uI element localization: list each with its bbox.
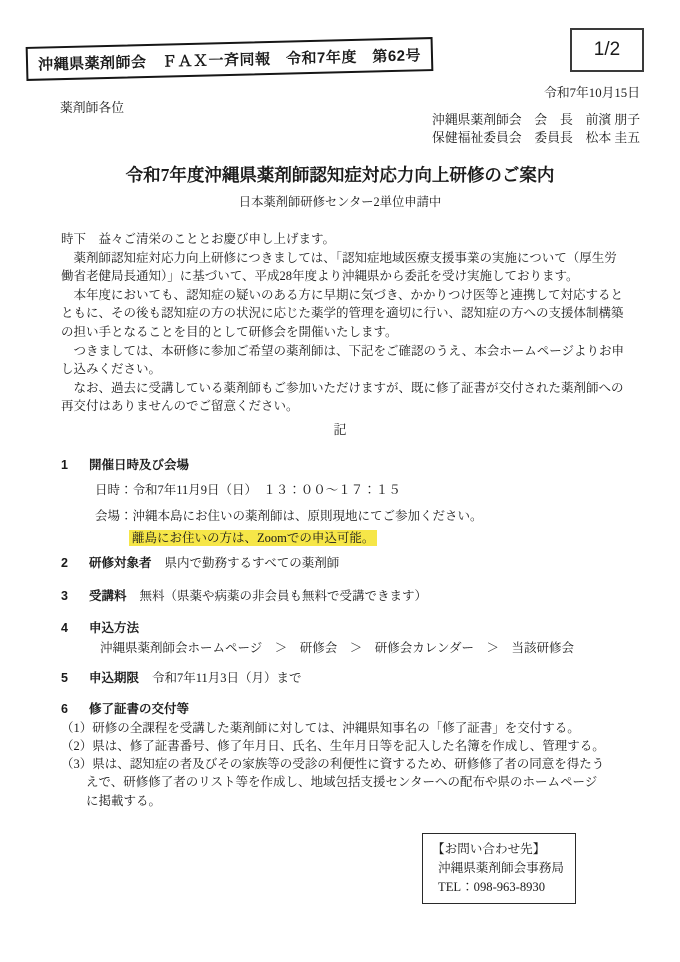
remote-option-highlight: 離島にお住いの方は、Zoomでの申込可能。 [129,530,377,546]
contact-box: 【お問い合わせ先】 沖縄県薬剤師会事務局 TEL：098-963-8930 [422,833,576,904]
body-paragraphs: 時下 益々ご清栄のこととお慶び申し上げます。 薬剤師認知症対応力向上研修につきま… [61,230,638,416]
item-5-number: 5 [61,669,89,688]
numbered-items: 1開催日時及び会場 日時：令和7年11月9日（日） １３：００～１７：１５ 会場… [61,456,640,810]
item-2-heading-label: 研修対象者 [89,556,152,570]
document-header: 沖縄県薬剤師会 ＦＡＸ一斉同報 令和7年度 第62号 1/2 令和7年10月15… [0,0,680,150]
page-number-box: 1/2 [570,28,644,72]
document-title: 令和7年度沖縄県薬剤師認知症対応力向上研修のご案内 [0,163,680,187]
certificate-clauses: （1）研修の全課程を受講した薬剤師に対しては、沖縄県知事名の「修了証書」を交付す… [61,719,640,810]
item-4-heading: 4申込方法 [61,619,640,638]
document-subtitle: 日本薬剤師研修センター2単位申請中 [0,194,680,211]
item-2-text: 県内で勤務するすべての薬剤師 [165,556,340,570]
item-2-number: 2 [61,554,89,573]
item-5: 5申込期限令和7年11月3日（月）まで [61,669,640,688]
item-3-heading-label: 受講料 [89,589,127,603]
recipient-line: 薬剤師各位 [60,97,124,116]
item-1-heading: 1開催日時及び会場 [61,456,640,475]
item-6-heading: 6修了証書の交付等 [61,700,640,719]
item-4-heading-label: 申込方法 [89,621,139,635]
record-marker: 記 [0,422,680,438]
item-1-remote-line: 離島にお住いの方は、Zoomでの申込可能。 [129,529,640,548]
item-1-datetime-line: 日時：令和7年11月9日（日） １３：００～１７：１５ [95,481,640,500]
item-1-venue-line: 会場：沖縄本島にお住いの薬剤師は、原則現地にてご参加ください。 [95,507,640,526]
contact-tel: TEL：098-963-8930 [432,878,564,897]
item-1-heading-label: 開催日時及び会場 [89,458,189,472]
item-2: 2研修対象者県内で勤務するすべての薬剤師 [61,554,640,573]
sender-block: 沖縄県薬剤師会 会 長 前濱 朋子 保健福祉委員会 委員長 松本 圭五 [432,112,640,147]
item-1-number: 1 [61,456,89,475]
contact-org: 沖縄県薬剤師会事務局 [432,859,564,878]
fax-stamp: 沖縄県薬剤師会 ＦＡＸ一斉同報 令和7年度 第62号 [26,37,434,81]
application-path-line: 沖縄県薬剤師会ホームページ ＞ 研修会 ＞ 研修会カレンダー ＞ 当該研修会 [100,639,640,658]
sender-committee-line: 保健福祉委員会 委員長 松本 圭五 [432,130,640,148]
item-3: 3受講料無料（県薬や病薬の非会員も無料で受講できます） [61,587,640,606]
item-4-number: 4 [61,619,89,638]
contact-title: 【お問い合わせ先】 [432,840,564,859]
item-5-heading-label: 申込期限 [89,671,139,685]
sender-president-line: 沖縄県薬剤師会 会 長 前濱 朋子 [432,112,640,130]
item-6-number: 6 [61,700,89,719]
item-5-text: 令和7年11月3日（月）まで [152,671,302,685]
fax-document-page: 沖縄県薬剤師会 ＦＡＸ一斉同報 令和7年度 第62号 1/2 令和7年10月15… [0,0,680,962]
item-6-heading-label: 修了証書の交付等 [89,702,189,716]
item-3-text: 無料（県薬や病薬の非会員も無料で受講できます） [140,589,428,603]
document-date: 令和7年10月15日 [544,82,640,101]
item-3-number: 3 [61,587,89,606]
